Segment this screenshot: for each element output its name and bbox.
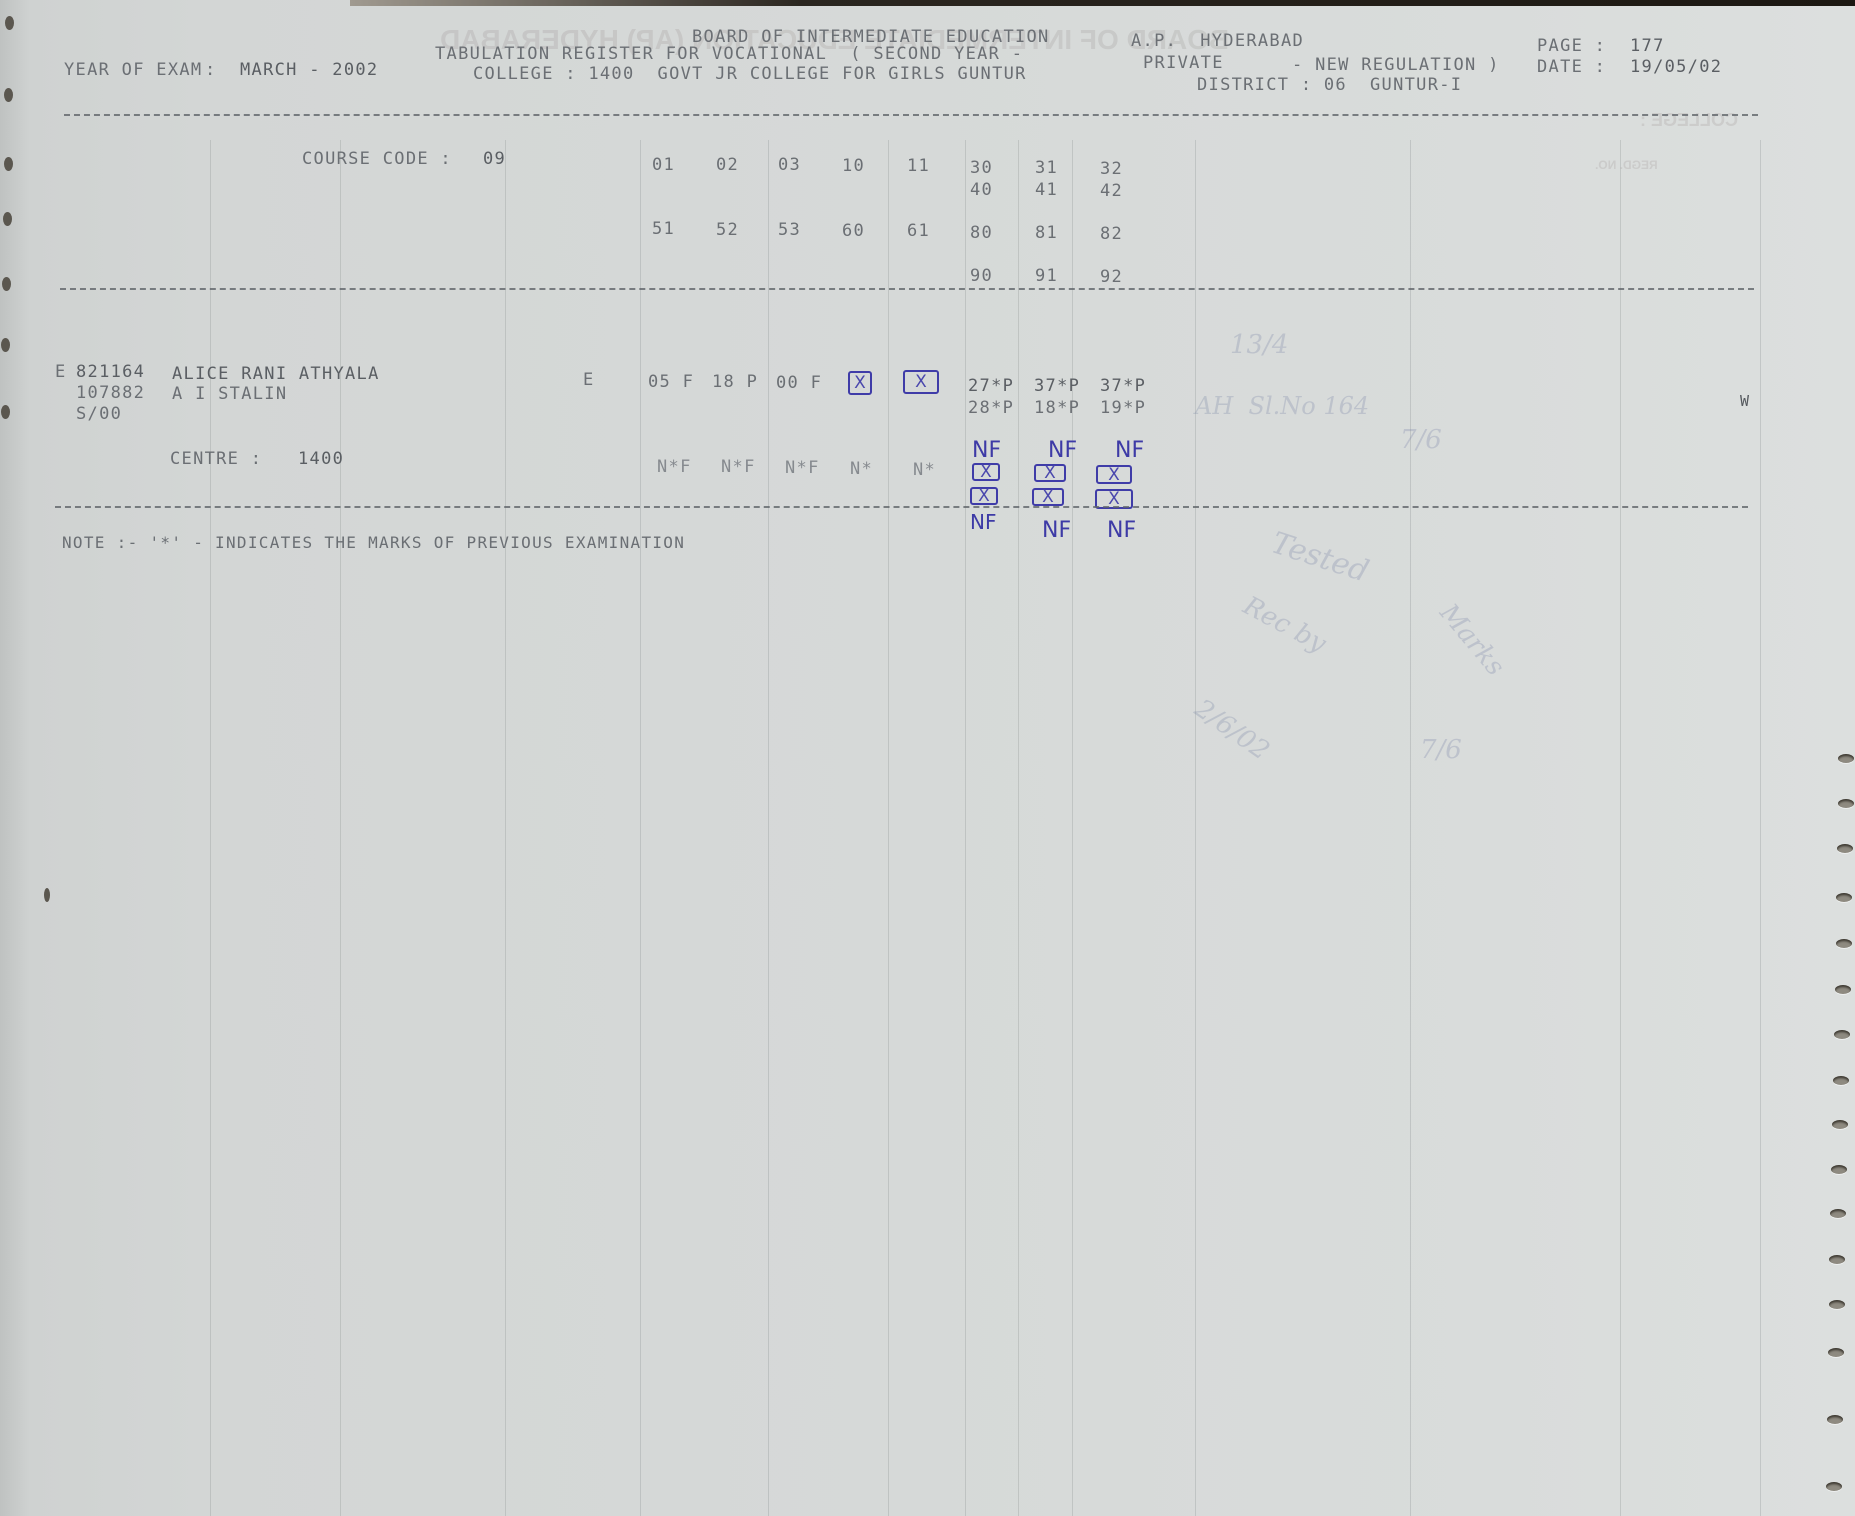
subject-mark: 05 F	[648, 374, 694, 391]
course-code-label: COURSE CODE :	[302, 151, 452, 168]
father-name: A I STALIN	[172, 386, 287, 403]
feed-hole	[1831, 1165, 1847, 1174]
binding-hole	[4, 88, 13, 102]
handwritten-x-box: X	[1034, 464, 1066, 482]
register-title: TABULATION REGISTER FOR VOCATIONAL ( SEC…	[435, 46, 1023, 63]
medium-code: E	[583, 372, 595, 389]
course-header-separator	[60, 288, 1754, 290]
handwritten-x-box: X	[972, 463, 1000, 481]
page-label: PAGE :	[1537, 38, 1606, 55]
hall-ticket-number: 821164	[76, 364, 145, 381]
binding-hole	[4, 157, 13, 171]
binding-hole	[1, 338, 10, 352]
column-rule	[340, 140, 341, 1516]
subject-mark: N*	[913, 462, 936, 479]
candidate-name: ALICE RANI ATHYALA	[172, 366, 380, 383]
feed-hole	[1828, 1348, 1844, 1357]
column-rule	[640, 140, 641, 1516]
handwritten-x-box: X	[1096, 465, 1132, 484]
feed-hole	[1836, 939, 1852, 948]
college-line: COLLEGE : 1400 GOVT JR COLLEGE FOR GIRLS…	[473, 66, 1027, 83]
paper-speck	[44, 888, 50, 902]
centre-value: 1400	[298, 451, 344, 468]
subject-code: 40	[970, 182, 993, 199]
feed-hole	[1829, 1300, 1845, 1309]
regulation-label: - NEW REGULATION )	[1292, 57, 1500, 74]
subject-code: 30	[970, 160, 993, 177]
pencil-note-date: 2/6/02	[1189, 694, 1275, 767]
column-rule	[505, 140, 506, 1516]
scan-top-edge	[350, 0, 1855, 6]
pencil-note-serial: AH Sl.No 164	[1195, 392, 1369, 420]
district-line: DISTRICT : 06 GUNTUR-I	[1197, 77, 1462, 94]
centre-label: CENTRE :	[170, 451, 262, 468]
column-rule	[1760, 140, 1761, 1516]
pencil-note-fraction-2: 7/6	[1420, 735, 1462, 765]
column-rule	[1018, 140, 1019, 1516]
column-rule	[768, 140, 769, 1516]
binding-hole	[1, 405, 10, 419]
year-of-exam-value: MARCH - 2002	[240, 62, 378, 79]
subject-code: 90	[970, 268, 993, 285]
binding-hole	[2, 277, 11, 291]
pencil-note-14f: 13/4	[1230, 330, 1288, 360]
subject-mark: 00 F	[776, 375, 822, 392]
subject-mark: 37*P	[1034, 378, 1080, 395]
feed-hole	[1835, 985, 1851, 994]
subject-mark: 27*P	[968, 378, 1014, 395]
page-number: 177	[1630, 38, 1665, 55]
subject-code: 03	[778, 157, 801, 174]
pencil-note-fraction: 7/6	[1400, 425, 1442, 455]
subject-code: 53	[778, 222, 801, 239]
tabulation-register-sheet: BOARD OF INTERMEDIATE EDUCATION (AP) HYD…	[0, 0, 1855, 1516]
handwritten-nf: NF	[1115, 440, 1144, 462]
medium-prefix: E	[55, 364, 67, 381]
sex-status-code: S/00	[76, 406, 122, 423]
feed-hole	[1833, 1076, 1849, 1085]
feed-hole	[1836, 893, 1852, 902]
feed-hole	[1838, 754, 1854, 763]
subject-code: 02	[716, 157, 739, 174]
handwritten-nf: NF	[1042, 520, 1071, 542]
subject-mark: 19*P	[1100, 400, 1146, 417]
column-rule	[1072, 140, 1073, 1516]
subject-code: 82	[1100, 226, 1123, 243]
column-rule	[1195, 140, 1196, 1516]
subject-code: 41	[1035, 182, 1058, 199]
handwritten-nf: NF	[1107, 520, 1136, 542]
subject-code: 01	[652, 157, 675, 174]
handwritten-nf: NF	[972, 440, 1001, 462]
subject-code: 60	[842, 223, 865, 240]
handwritten-nf: NF	[1048, 440, 1077, 462]
handwritten-nf: NF	[970, 512, 996, 532]
subject-code: 51	[652, 221, 675, 238]
handwritten-x-box: X	[970, 487, 998, 505]
pencil-note-tested: Tested	[1267, 525, 1373, 589]
handwritten-x-box: X	[903, 370, 939, 394]
board-location: A.P. HYDERABAD	[1131, 33, 1304, 50]
subject-mark: N*F	[721, 459, 756, 476]
result-code-w: W	[1740, 392, 1749, 410]
feed-hole	[1826, 1482, 1842, 1491]
header-separator	[64, 114, 1758, 116]
feed-hole	[1827, 1415, 1843, 1424]
subject-mark: N*	[850, 461, 873, 478]
subject-mark: 37*P	[1100, 378, 1146, 395]
column-rule	[965, 140, 966, 1516]
handwritten-x-box: X	[1032, 488, 1064, 506]
subject-code: 61	[907, 223, 930, 240]
subject-mark: 28*P	[968, 400, 1014, 417]
column-rule	[1620, 140, 1621, 1516]
register-category: PRIVATE	[1143, 55, 1224, 72]
subject-mark: N*F	[657, 459, 692, 476]
subject-code: 31	[1035, 160, 1058, 177]
column-rule	[888, 140, 889, 1516]
course-code-value: 09	[483, 151, 506, 168]
subject-code: 32	[1100, 161, 1123, 178]
pencil-note-marks: Marks	[1433, 598, 1510, 681]
subject-code: 42	[1100, 183, 1123, 200]
subject-mark: 18 P	[712, 374, 758, 391]
feed-hole	[1837, 844, 1853, 853]
footer-note: NOTE :- '*' - INDICATES THE MARKS OF PRE…	[62, 535, 685, 551]
subject-code: 80	[970, 225, 993, 242]
year-of-exam-label: YEAR OF EXAM	[64, 62, 202, 79]
record-separator	[55, 506, 1748, 508]
subject-code: 52	[716, 222, 739, 239]
print-date: 19/05/02	[1630, 59, 1722, 76]
feed-hole	[1830, 1209, 1846, 1218]
subject-code: 91	[1035, 268, 1058, 285]
feed-hole	[1829, 1255, 1845, 1264]
handwritten-x-box: X	[848, 371, 872, 395]
subject-code: 92	[1100, 269, 1123, 286]
pencil-note-rec: Rec by	[1238, 591, 1331, 659]
year-of-exam-colon: :	[205, 62, 217, 79]
reverse-side-regd-column: REGD. NO.	[1595, 158, 1658, 172]
feed-hole	[1834, 1030, 1850, 1039]
subject-code: 11	[907, 158, 930, 175]
date-label: DATE :	[1537, 59, 1606, 76]
subject-mark: N*F	[785, 460, 820, 477]
subject-code: 10	[842, 158, 865, 175]
subject-code: 81	[1035, 225, 1058, 242]
subject-mark: 18*P	[1034, 400, 1080, 417]
feed-hole	[1832, 1120, 1848, 1129]
column-rule	[210, 140, 211, 1516]
registration-number: 107882	[76, 385, 145, 402]
binding-hole	[3, 212, 12, 226]
column-rule	[1410, 140, 1411, 1516]
feed-hole	[1838, 799, 1854, 808]
binding-hole	[5, 16, 14, 30]
